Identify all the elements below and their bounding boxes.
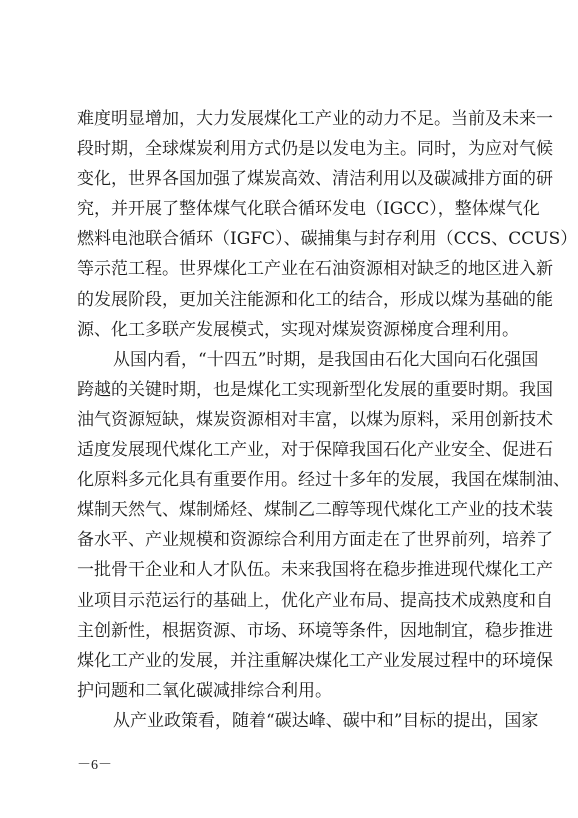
paragraph-first-line: 从产业政策看，随着“碳达峰、碳中和”目标的提出，国家 <box>77 706 509 736</box>
text-line: 备水平、产业规模和资源综合利用方面走在了世界前列，培养了 <box>77 525 509 555</box>
text-line: 化原料多元化具有重要作用。经过十多年的发展，我国在煤制油、 <box>77 465 509 495</box>
text-line: 护问题和二氧化碳减排综合利用。 <box>77 676 509 706</box>
text-line: 主创新性，根据资源、市场、环境等条件，因地制宜，稳步推进 <box>77 616 509 646</box>
text-line: 等示范工程。世界煤化工产业在石油资源相对缺乏的地区进入新 <box>77 254 509 284</box>
text-line: 燃料电池联合循环（IGFC）、碳捕集与封存利用（CCS、CCUS） <box>77 224 509 254</box>
text-line: 油气资源短缺，煤炭资源相对丰富，以煤为原料，采用创新技术 <box>77 405 509 435</box>
text-line: 适度发展现代煤化工产业，对于保障我国石化产业安全、促进石 <box>77 435 509 465</box>
text-line: 段时期，全球煤炭利用方式仍是以发电为主。同时，为应对气候 <box>77 134 509 164</box>
page-number: －6－ <box>77 754 112 774</box>
text-line: 煤制天然气、煤制烯烃、煤制乙二醇等现代煤化工产业的技术装 <box>77 495 509 525</box>
document-page: 难度明显增加，大力发展煤化工产业的动力不足。当前及未来一 段时期，全球煤炭利用方… <box>0 0 578 818</box>
text-line: 一批骨干企业和人才队伍。未来我国将在稳步推进现代煤化工产 <box>77 555 509 585</box>
text-line: 变化，世界各国加强了煤炭高效、清洁利用以及碳减排方面的研 <box>77 164 509 194</box>
text-line: 源、化工多联产发展模式，实现对煤炭资源梯度合理利用。 <box>77 315 509 345</box>
text-line: 跨越的关键时期，也是煤化工实现新型化发展的重要时期。我国 <box>77 375 509 405</box>
text-line: 究，并开展了整体煤气化联合循环发电（IGCC），整体煤气化 <box>77 194 509 224</box>
text-line: 煤化工产业的发展，并注重解决煤化工产业发展过程中的环境保 <box>77 646 509 676</box>
text-line: 的发展阶段，更加关注能源和化工的结合，形成以煤为基础的能 <box>77 285 509 315</box>
text-line: 业项目示范运行的基础上，优化产业布局、提高技术成熟度和自 <box>77 586 509 616</box>
paragraph-first-line: 从国内看，“十四五”时期，是我国由石化大国向石化强国 <box>77 345 509 375</box>
body-text: 难度明显增加，大力发展煤化工产业的动力不足。当前及未来一 段时期，全球煤炭利用方… <box>77 104 509 736</box>
text-line: 难度明显增加，大力发展煤化工产业的动力不足。当前及未来一 <box>77 104 509 134</box>
